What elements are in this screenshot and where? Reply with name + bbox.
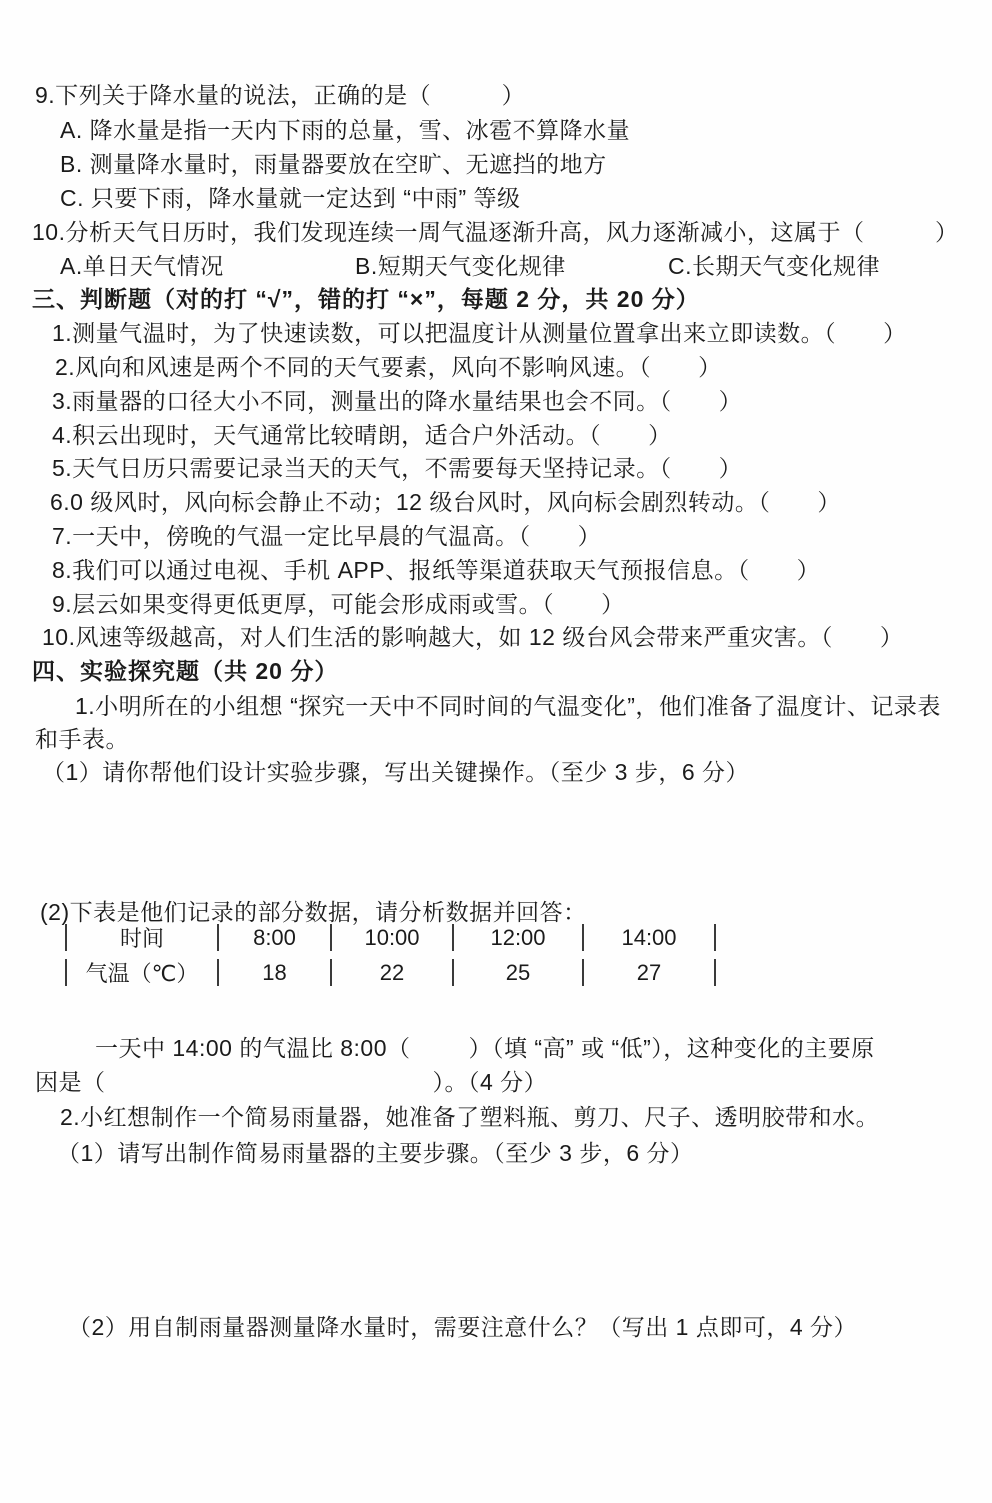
table-cell: 时间 — [65, 924, 217, 951]
table-cell: 8:00 — [217, 924, 330, 951]
table-cell: 14:00 — [582, 924, 716, 951]
tf-item-1: 1.测量气温时，为了快速读数，可以把温度计从测量位置拿出来立即读数。（ ） — [52, 318, 907, 348]
question-9-option-b: B. 测量降水量时，雨量器要放在空旷、无遮挡的地方 — [60, 149, 607, 179]
question-9-stem: 9.下列关于降水量的说法，正确的是（ ） — [35, 80, 525, 110]
table-cell: 25 — [452, 959, 582, 986]
question-9-option-a: A. 降水量是指一天内下雨的总量，雪、冰雹不算降水量 — [60, 115, 630, 145]
analysis-text-before-blank: 一天中 14:00 的气温比 8:00（ — [95, 1033, 411, 1063]
table-cell: 27 — [582, 959, 716, 986]
tf-item-4: 4.积云出现时，天气通常比较晴朗，适合户外活动。（ ） — [52, 420, 672, 450]
tf-item-7: 7.一天中，傍晚的气温一定比早晨的气温高。（ ） — [52, 521, 601, 551]
question-10-option-c: C.长期天气变化规律 — [668, 251, 880, 281]
question-10-option-b: B.短期天气变化规律 — [355, 251, 566, 281]
exp2-note-question: （2）用自制雨量器测量降水量时，需要注意什么？（写出 1 点即可，4 分） — [68, 1312, 857, 1342]
tf-item-3: 3.雨量器的口径大小不同，测量出的降水量结果也会不同。（ ） — [52, 386, 742, 416]
table-row-time: 时间 8:00 10:00 12:00 14:00 — [65, 922, 720, 953]
exp1-intro-line2: 和手表。 — [35, 724, 129, 754]
question-10-option-a: A.单日天气情况 — [60, 251, 224, 281]
analysis-reason-suffix: ）。（4 分） — [433, 1067, 548, 1097]
question-10-stem: 10.分析天气日历时，我们发现连续一周气温逐渐升高，风力逐渐减小，这属于（ ） — [32, 217, 958, 247]
exp2-step-question: （1）请写出制作简易雨量器的主要步骤。（至少 3 步，6 分） — [57, 1138, 694, 1168]
tf-item-2: 2.风向和风速是两个不同的天气要素，风向不影响风速。（ ） — [55, 352, 722, 382]
question-9-option-c: C. 只要下雨，降水量就一定达到 “中雨” 等级 — [60, 183, 521, 213]
exp1-intro-line1: 1.小明所在的小组想 “探究一天中不同时间的气温变化”，他们准备了温度计、记录表 — [75, 691, 941, 721]
table-cell: 10:00 — [330, 924, 452, 951]
analysis-text-after-blank: ）（填 “高” 或 “低”），这种变化的主要原 — [469, 1033, 875, 1063]
exam-paper-page: 9.下列关于降水量的说法，正确的是（ ） A. 降水量是指一天内下雨的总量，雪、… — [0, 0, 992, 1503]
exp1-step-question: （1）请你帮他们设计实验步骤，写出关键操作。（至少 3 步，6 分） — [42, 757, 749, 787]
tf-item-10: 10.风速等级越高，对人们生活的影响越大，如 12 级台风会带来严重灾害。（ ） — [42, 622, 903, 652]
table-row-temperature: 气温（℃） 18 22 25 27 — [65, 957, 720, 988]
table-cell: 22 — [330, 959, 452, 986]
tf-item-6: 6.0 级风时，风向标会静止不动；12 级台风时，风向标会剧烈转动。（ ） — [50, 487, 841, 517]
tf-item-5: 5.天气日历只需要记录当天的天气，不需要每天坚持记录。（ ） — [52, 453, 742, 483]
section-4-title: 四、实验探究题（共 20 分） — [32, 656, 338, 686]
table-cell: 气温（℃） — [65, 959, 217, 986]
exp1-analysis-line1: 一天中 14:00 的气温比 8:00（ ）（填 “高” 或 “低”），这种变化… — [95, 1033, 875, 1063]
table-cell: 18 — [217, 959, 330, 986]
tf-item-9: 9.层云如果变得更低更厚，可能会形成雨或雪。（ ） — [52, 589, 625, 619]
exp2-intro: 2.小红想制作一个简易雨量器，她准备了塑料瓶、剪刀、尺子、透明胶带和水。 — [60, 1102, 879, 1132]
analysis-reason-prefix: 因是（ — [35, 1067, 106, 1097]
tf-item-8: 8.我们可以通过电视、手机 APP、报纸等渠道获取天气预报信息。（ ） — [52, 555, 820, 585]
section-3-title: 三、判断题（对的打 “√”，错的打 “×”，每题 2 分，共 20 分） — [32, 284, 700, 314]
table-cell: 12:00 — [452, 924, 582, 951]
exp1-analysis-line2: 因是（ ）。（4 分） — [35, 1067, 547, 1097]
temperature-table: 时间 8:00 10:00 12:00 14:00 气温（℃） 18 22 25… — [65, 922, 720, 992]
